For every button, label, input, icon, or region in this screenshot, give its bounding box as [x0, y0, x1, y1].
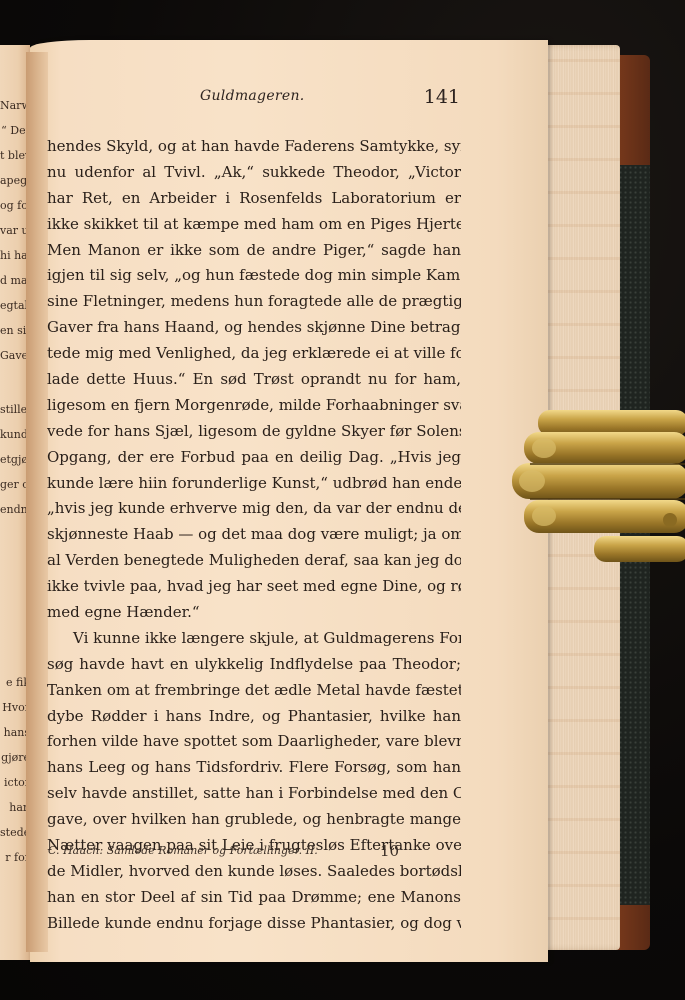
text-line: „hvis jeg kunde erhverve mig den, da var… — [47, 496, 461, 522]
text-line: al Verden benegtede Muligheden deraf, sa… — [47, 548, 461, 574]
text-line: hendes Skyld, og at han havde Faderens S… — [47, 134, 461, 160]
text-line: dybe Rødder i hans Indre, og Phantasier,… — [47, 704, 461, 730]
footer-signature: C. Hauch: Samlede Romaner og Fortællinge… — [48, 844, 318, 857]
text-line: søg havde havt en ulykkelig Indflydelse … — [47, 652, 461, 678]
page-number: 141 — [424, 86, 460, 108]
text-line: hans Leeg og hans Tidsfordriv. Flere For… — [47, 755, 461, 781]
book-gutter — [26, 52, 48, 952]
text-line: han en stor Deel af sin Tid paa Drømme; … — [47, 885, 461, 911]
body-text: hendes Skyld, og at han havde Faderens S… — [47, 134, 461, 937]
text-line-paragraph-start: Vi kunne ikke længere skjule, at Guldmag… — [47, 626, 461, 652]
text-line: vede for hans Sjæl, ligesom de gyldne Sk… — [47, 419, 461, 445]
text-line: igjen til sig selv, „og hun fæstede dog … — [47, 263, 461, 289]
text-line: ikke tvivle paa, hvad jeg har seet med e… — [47, 574, 461, 600]
text-line: Tanken om at frembringe det ædle Metal h… — [47, 678, 461, 704]
text-line: lade dette Huus.“ En sød Trøst oprandt n… — [47, 367, 461, 393]
text-line: gave, over hvilken han grublede, og henb… — [47, 807, 461, 833]
signature-mark: 10 — [380, 842, 399, 860]
text-line: nu udenfor al Tvivl. „Ak,“ sukkede Theod… — [47, 160, 461, 186]
text-line: sine Fletninger, medens hun foragtede al… — [47, 289, 461, 315]
text-line: ligesom en fjern Morgenrøde, milde Forha… — [47, 393, 461, 419]
text-line: Gaver fra hans Haand, og hendes skjønne … — [47, 315, 461, 341]
text-line: selv havde anstillet, satte han i Forbin… — [47, 781, 461, 807]
running-head: Guldmageren. — [200, 88, 305, 104]
text-line: de Midler, hvorved den kunde løses. Saal… — [47, 859, 461, 885]
brass-hand-bookend-icon — [510, 408, 685, 568]
text-line: har Ret, en Arbeider i Rosenfelds Labora… — [47, 186, 461, 212]
text-line: tede mig med Venlighed, da jeg erklærede… — [47, 341, 461, 367]
text-line: ikke skikket til at kæmpe med ham om en … — [47, 212, 461, 238]
text-line: Billede kunde endnu forjage disse Phanta… — [47, 911, 461, 937]
text-line: skjønneste Haab — og det maa dog være mu… — [47, 522, 461, 548]
text-line: Men Manon er ikke som de andre Piger,“ s… — [47, 238, 461, 264]
text-line: forhen vilde have spottet som Daarlighed… — [47, 729, 461, 755]
text-line: med egne Hænder.“ — [47, 600, 461, 626]
text-line: kunde lære hiin forunderlige Kunst,“ udb… — [47, 471, 461, 497]
text-line: Opgang, der ere Forbud paa en deilig Dag… — [47, 445, 461, 471]
